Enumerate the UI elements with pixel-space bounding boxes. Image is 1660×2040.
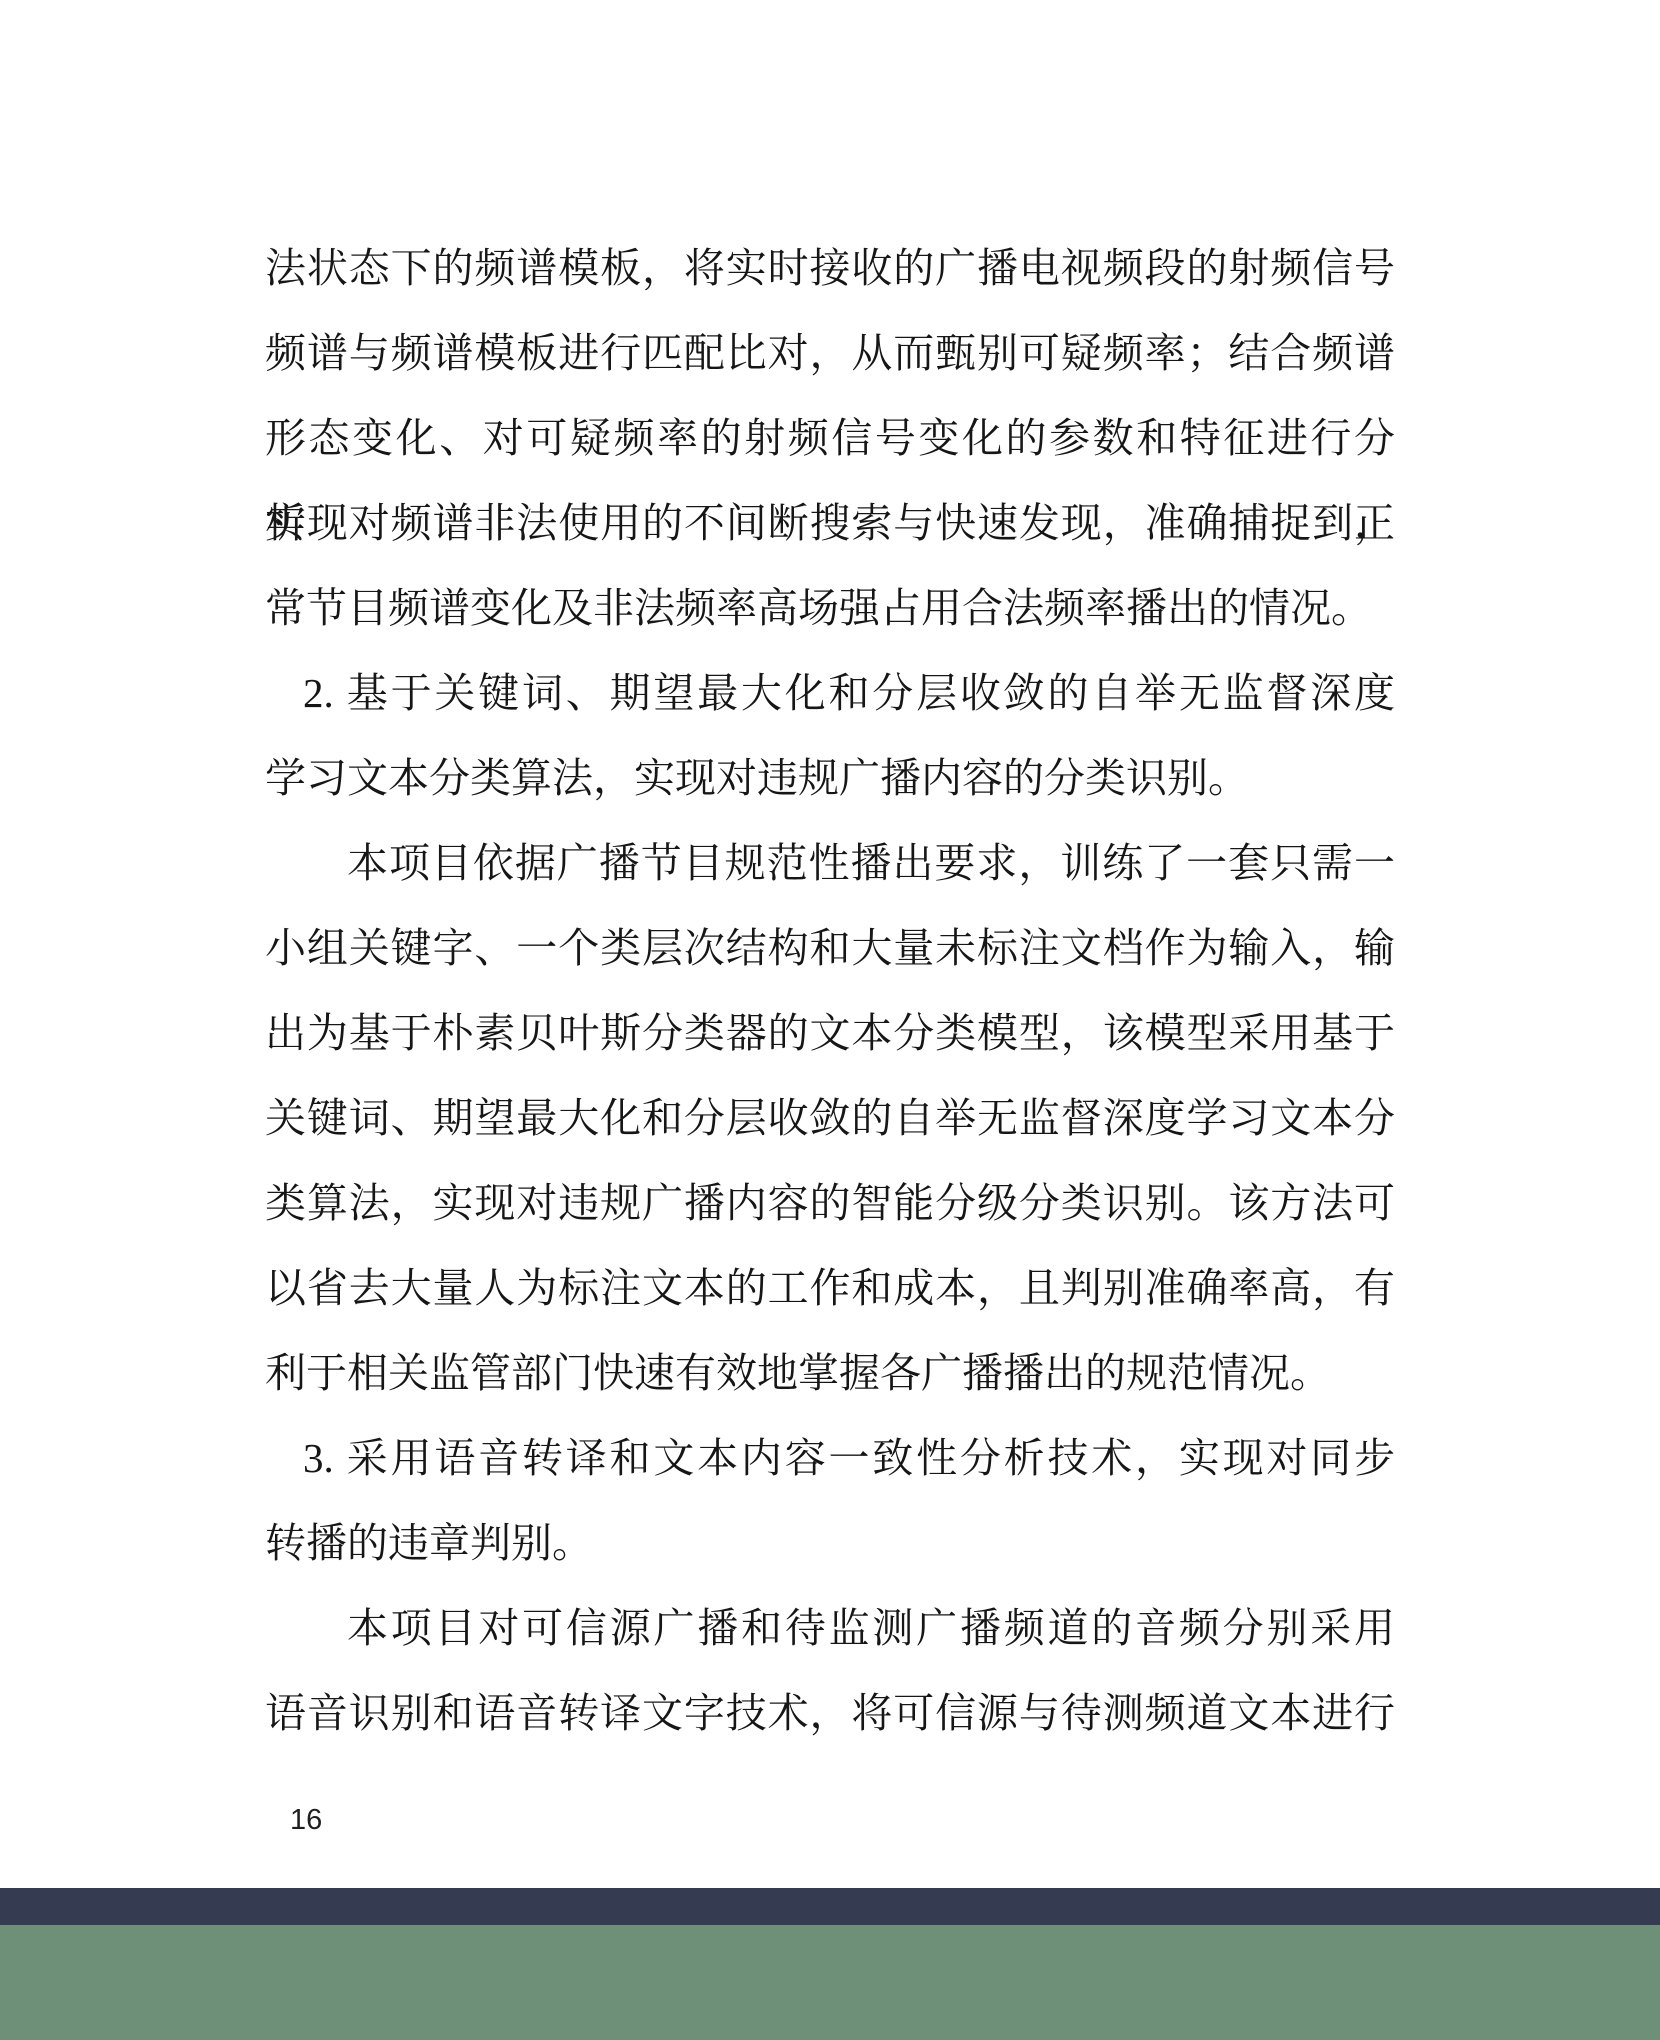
- text-line: 小组关键字、一个类层次结构和大量未标注文档作为输入，输: [265, 906, 1395, 991]
- document-page: 法状态下的频谱模板，将实时接收的广播电视频段的射频信号 频谱与频谱模板进行匹配比…: [0, 0, 1660, 2040]
- page-number: 16: [290, 1800, 322, 1840]
- body-text: 法状态下的频谱模板，将实时接收的广播电视频段的射频信号 频谱与频谱模板进行匹配比…: [265, 226, 1395, 1756]
- text-line: 频谱与频谱模板进行匹配比对，从而甄别可疑频率；结合频谱: [265, 311, 1395, 396]
- text-line: 常节目频谱变化及非法频率高场强占用合法频率播出的情况。: [265, 566, 1395, 651]
- text-line: 以省去大量人为标注文本的工作和成本，且判别准确率高，有: [265, 1246, 1395, 1331]
- text-line: 学习文本分类算法，实现对违规广播内容的分类识别。: [265, 736, 1395, 821]
- text-line: 转播的违章判别。: [265, 1501, 1395, 1586]
- text-line: 本项目对可信源广播和待监测广播频道的音频分别采用: [265, 1586, 1395, 1671]
- text-line: 法状态下的频谱模板，将实时接收的广播电视频段的射频信号: [265, 226, 1395, 311]
- text-line: 2. 基于关键词、期望最大化和分层收敛的自举无监督深度: [265, 651, 1395, 736]
- text-line: 出为基于朴素贝叶斯分类器的文本分类模型，该模型采用基于: [265, 991, 1395, 1076]
- text-line: 关键词、期望最大化和分层收敛的自举无监督深度学习文本分: [265, 1076, 1395, 1161]
- text-line: 类算法，实现对违规广播内容的智能分级分类识别。该方法可: [265, 1161, 1395, 1246]
- text-line: 语音识别和语音转译文字技术，将可信源与待测频道文本进行: [265, 1671, 1395, 1756]
- text-line: 实现对频谱非法使用的不间断搜索与快速发现，准确捕捉到正: [265, 481, 1395, 566]
- text-line: 3. 采用语音转译和文本内容一致性分析技术，实现对同步: [265, 1416, 1395, 1501]
- text-line: 形态变化、对可疑频率的射频信号变化的参数和特征进行分析，: [265, 396, 1395, 481]
- text-line: 利于相关监管部门快速有效地掌握各广播播出的规范情况。: [265, 1331, 1395, 1416]
- footer-green-bar: [0, 1925, 1660, 2040]
- footer-navy-bar: [0, 1888, 1660, 1925]
- text-line: 本项目依据广播节目规范性播出要求，训练了一套只需一: [265, 821, 1395, 906]
